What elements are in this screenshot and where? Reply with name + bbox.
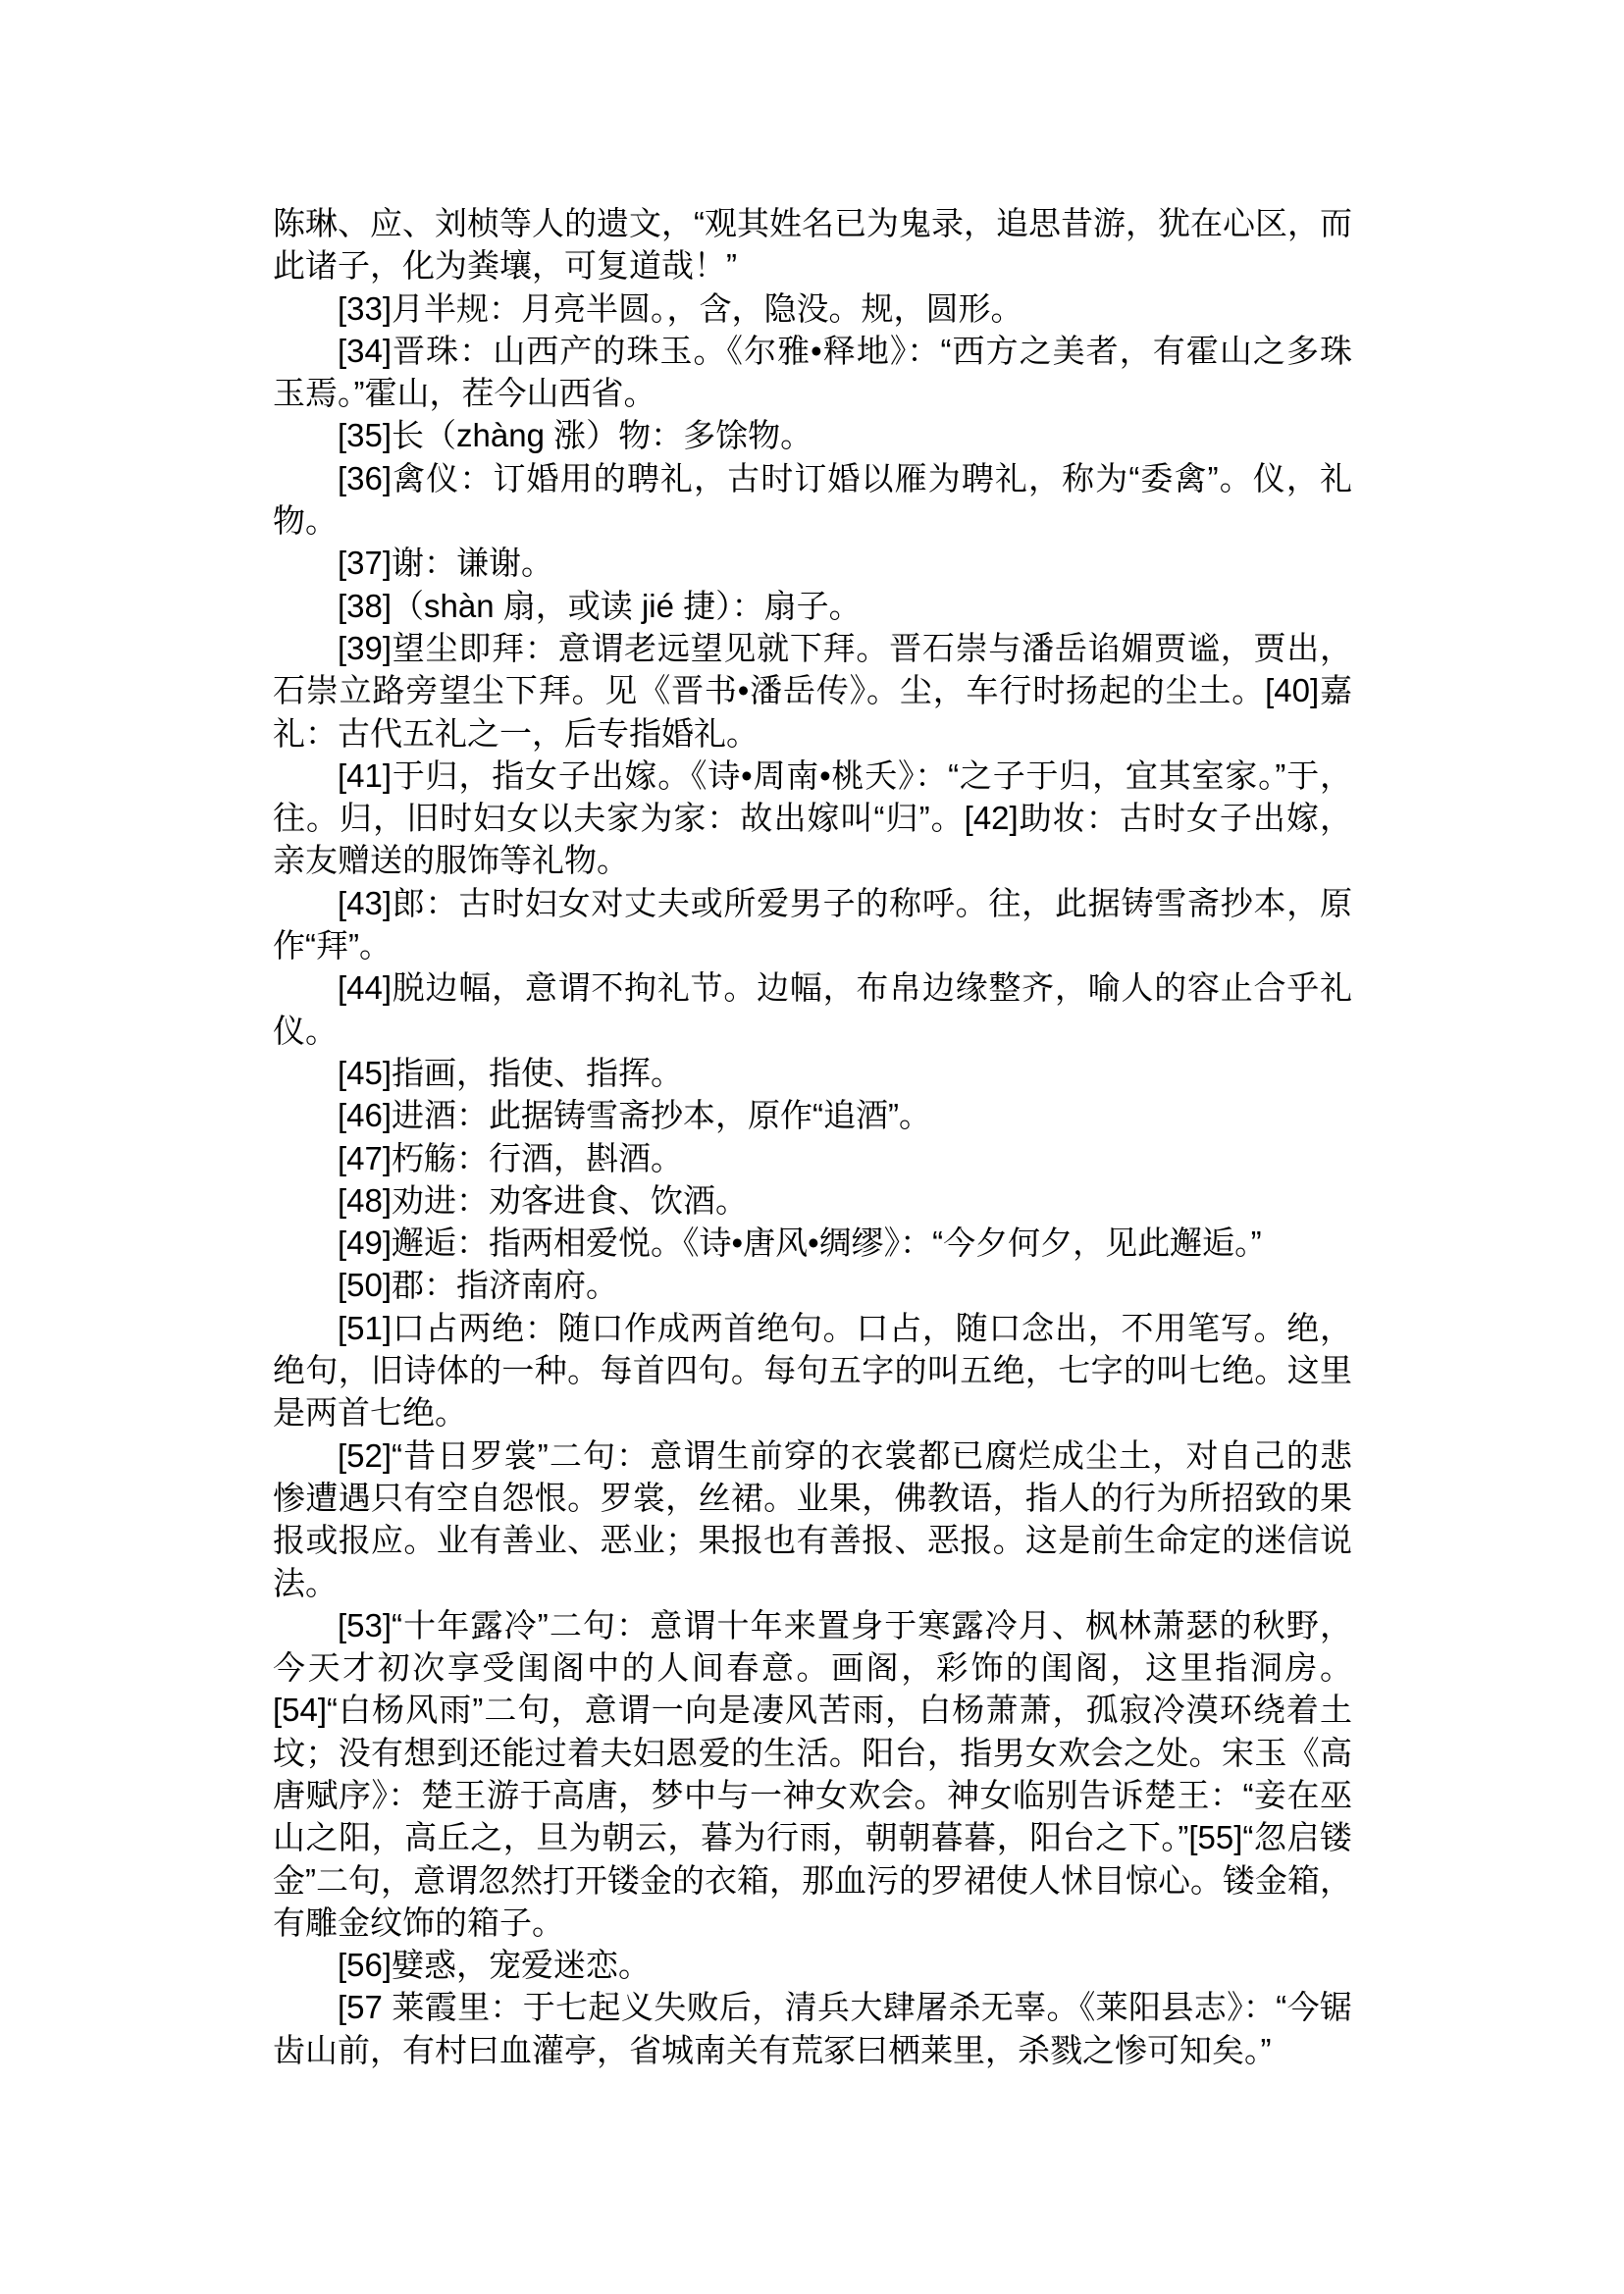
annotation-text-block: 陈琳、应、刘桢等人的遗文，“观其姓名已为鬼录，追思昔游，犹在心区，而此诸子，化为… [273,202,1352,2071]
paragraph-22: [57 莱霞里：于七起义失败后，清兵大肆屠杀无辜。《莱阳县志》：“今锯齿山前，有… [273,1986,1352,2071]
paragraph-8: [39]望尘即拜：意谓老远望见就下拜。晋石崇与潘岳谄媚贾谧，贾出，石崇立路旁望尘… [273,627,1352,755]
paragraph-13: [46]进酒：此据铸雪斋抄本，原作“追酒”。 [273,1094,1352,1136]
paragraph-17: [50]郡：指济南府。 [273,1264,1352,1306]
paragraph-7: [38]（shàn 扇，或读 jié 捷）：扇子。 [273,585,1352,627]
document-page: 陈琳、应、刘桢等人的遗文，“观其姓名已为鬼录，追思昔游，犹在心区，而此诸子，化为… [0,0,1624,2294]
paragraph-4: [35]长（zhàng 涨）物：多馀物。 [273,414,1352,456]
paragraph-12: [45]指画，指使、指挥。 [273,1052,1352,1094]
paragraph-14: [47]朽觞：行酒，斟酒。 [273,1137,1352,1179]
paragraph-18: [51]口占两绝：随口作成两首绝句。口占，随口念出，不用笔写。绝，绝句，旧诗体的… [273,1307,1352,1434]
paragraph-11: [44]脱边幅，意谓不拘礼节。边幅，布帛边缘整齐，喻人的容止合乎礼仪。 [273,966,1352,1052]
paragraph-20: [53]“十年露冷”二句：意谓十年来置身于寒露冷月、枫林萧瑟的秋野，今天才初次享… [273,1604,1352,1944]
paragraph-16: [49]邂逅：指两相爱悦。《诗•唐风•绸缪》：“今夕何夕，见此邂逅。” [273,1222,1352,1264]
paragraph-6: [37]谢：谦谢。 [273,542,1352,584]
paragraph-15: [48]劝进：劝客进食、饮酒。 [273,1179,1352,1222]
paragraph-2: [33]月半规：月亮半圆。，含，隐没。规，圆形。 [273,287,1352,330]
paragraph-9: [41]于归，指女子出嫁。《诗•周南•桃夭》：“之子于归，宜其室家。”于，往。归… [273,755,1352,882]
paragraph-3: [34]晋珠：山西产的珠玉。《尔雅•释地》：“西方之美者，有霍山之多珠玉焉。”霍… [273,330,1352,415]
paragraph-21: [56]嬖惑，宠爱迷恋。 [273,1944,1352,1986]
paragraph-19: [52]“昔日罗裳”二句：意谓生前穿的衣裳都已腐烂成尘土，对自己的悲惨遭遇只有空… [273,1434,1352,1604]
paragraph-1: 陈琳、应、刘桢等人的遗文，“观其姓名已为鬼录，追思昔游，犹在心区，而此诸子，化为… [273,202,1352,287]
paragraph-5: [36]禽仪：订婚用的聘礼，古时订婚以雁为聘礼，称为“委禽”。仪，礼物。 [273,457,1352,543]
paragraph-10: [43]郎：古时妇女对丈夫或所爱男子的称呼。往，此据铸雪斋抄本，原作“拜”。 [273,882,1352,967]
